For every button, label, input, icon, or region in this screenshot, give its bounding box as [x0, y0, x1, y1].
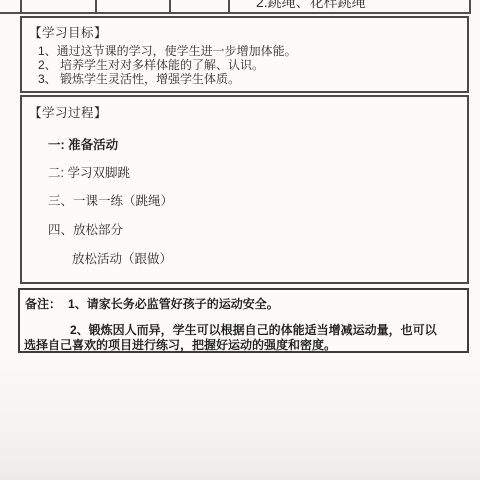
goal-item-2: 2、 培养学生对对多样体能的了解、认识。: [38, 58, 264, 72]
process-step-1: 一: 准备活动: [48, 135, 118, 153]
activity-name-cell: 2.跳绳、花样跳绳: [256, 0, 366, 10]
process-section: 【学习过程】 一: 准备活动 二: 学习双脚跳 三、一课一练（跳绳） 四、放松部…: [20, 95, 469, 284]
remark-note-2-line-2: 选择自己喜欢的项目进行练习，把握好运动的强度和密度。: [24, 336, 336, 353]
remark-note-1: 备注：1、请家长务必监管好孩子的运动安全。: [25, 295, 279, 312]
process-step-3: 三、一课一练（跳绳）: [48, 191, 173, 209]
table-row-border: [0, 12, 471, 14]
goal-item-3: 3、 锻炼学生灵活性，增强学生体质。: [38, 72, 240, 86]
goals-section: 【学习目标】 1、通过这节课的学习，使学生进一步增加体能。 2、 培养学生对对多…: [20, 16, 469, 93]
process-step-2: 二: 学习双脚跳: [48, 163, 130, 181]
process-title: 【学习过程】: [29, 103, 107, 121]
process-step-4: 四、放松部分: [48, 220, 123, 238]
lesson-plan-document: 2.跳绳、花样跳绳 【学习目标】 1、通过这节课的学习，使学生进一步增加体能。 …: [0, 0, 480, 480]
remark-note-1-text: 1、请家长务必监管好孩子的运动安全。: [68, 297, 279, 311]
remarks-section: 备注：1、请家长务必监管好孩子的运动安全。 2、锻炼因人而异，学生可以根据自己的…: [18, 288, 469, 353]
process-step-4-sub: 放松活动（跟做）: [72, 249, 172, 267]
goals-title: 【学习目标】: [29, 23, 107, 41]
goal-item-1: 1、通过这节课的学习，使学生进一步增加体能。: [38, 44, 297, 58]
remarks-label: 备注：: [25, 297, 61, 311]
